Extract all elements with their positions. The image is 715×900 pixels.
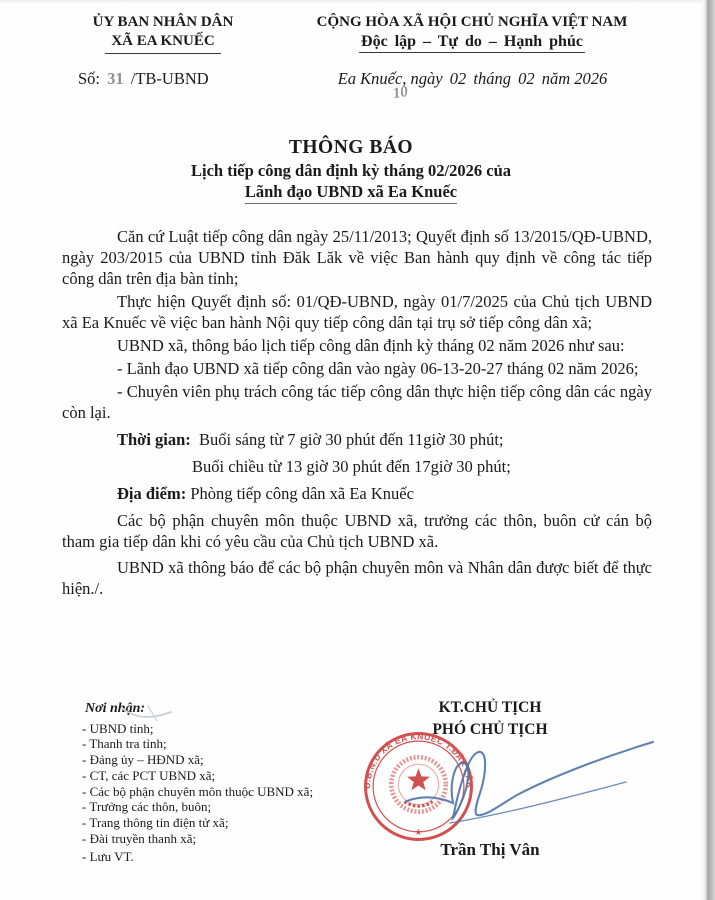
paragraph-leader-schedule: - Lãnh đạo UBND xã tiếp công dân vào ngà…: [62, 358, 652, 379]
paragraph-place: Địa điểm: Phòng tiếp công dân xã Ea Knuế…: [62, 483, 652, 504]
signer-title-kt: KT.CHỦ TỊCH: [378, 697, 602, 719]
recipient-item: - Các bộ phận chuyên môn thuộc UBND xã;: [82, 784, 313, 800]
recipient-item: - UBND tỉnh;: [82, 721, 313, 737]
handwritten-signature: [395, 725, 665, 835]
recipient-item: - CT, các PCT UBND xã;: [82, 768, 313, 784]
issuing-authority-line2: XÃ EA KNUẾC: [105, 32, 220, 54]
issuing-authority-line1: ỦY BAN NHÂN DÂN: [62, 13, 264, 32]
handwritten-day-correction: 10: [392, 84, 410, 103]
paragraph-announcement: UBND xã, thông báo lịch tiếp công dân đị…: [62, 335, 652, 356]
date-month: 02: [515, 69, 538, 88]
paragraph-closing: UBND xã thông báo để các bộ phận chuyên …: [62, 557, 652, 599]
paragraph-legal-basis-1: Căn cứ Luật tiếp công dân ngày 25/11/201…: [62, 226, 652, 289]
recipient-item: - Đài truyền thanh xã;: [82, 831, 313, 847]
recipient-item: - Thanh tra tỉnh;: [82, 736, 313, 752]
paragraph-time-afternoon: Buổi chiều từ 13 giờ 30 phút đến 17giờ 3…: [62, 456, 652, 477]
scan-right-edge: [702, 0, 715, 900]
paragraph-time-morning: Thời gian: Buổi sáng từ 7 giờ 30 phút đế…: [62, 429, 652, 450]
paragraph-specialist-schedule: - Chuyên viên phụ trách công tác tiếp cô…: [62, 381, 652, 423]
date-year: 2026: [574, 69, 607, 88]
pencil-mark: [120, 703, 175, 725]
signer-name: Trần Thị Vân: [390, 840, 590, 860]
document-page: ỦY BAN NHÂN DÂN XÃ EA KNUẾC CỘNG HÒA XÃ …: [0, 0, 715, 900]
place-value: Phòng tiếp công dân xã Ea Knuếc: [190, 484, 414, 503]
recipient-item: - Trang thông tin điện tử xã;: [82, 815, 313, 831]
recipient-item: - Lưu VT.: [82, 849, 313, 865]
document-subtitle-line1: Lịch tiếp công dân định kỳ tháng 02/2026…: [0, 160, 702, 181]
paragraph-legal-basis-2: Thực hiện Quyết định số: 01/QĐ-UBND, ngà…: [62, 291, 652, 333]
document-number: Số: 31 /TB-UBND: [78, 69, 209, 89]
national-header: CỘNG HÒA XÃ HỘI CHỦ NGHĨA VIỆT NAM Độc l…: [288, 13, 656, 53]
document-title: THÔNG BÁO: [0, 136, 702, 160]
date-mid1: tháng: [473, 69, 511, 88]
issuing-authority: ỦY BAN NHÂN DÂN XÃ EA KNUẾC: [62, 13, 264, 54]
national-motto-line1: CỘNG HÒA XÃ HỘI CHỦ NGHĨA VIỆT NAM: [288, 13, 656, 32]
date-line: Ea Knuếc, ngày 02 tháng 02 năm 2026 10: [305, 69, 640, 89]
recipient-item: - Đảng ủy – HĐND xã;: [82, 752, 313, 768]
document-title-block: THÔNG BÁO Lịch tiếp công dân định kỳ thá…: [0, 136, 702, 204]
document-number-prefix: Số:: [78, 69, 100, 88]
scan-top-edge: [0, 0, 715, 3]
time-label: Thời gian:: [117, 430, 191, 449]
national-motto-line2: Độc lập – Tự do – Hạnh phúc: [359, 33, 585, 53]
document-number-stamped: 31: [104, 69, 127, 88]
document-number-suffix: /TB-UBND: [131, 69, 209, 88]
recipient-item: - Trưởng các thôn, buôn;: [82, 799, 313, 815]
document-body: Căn cứ Luật tiếp công dân ngày 25/11/201…: [62, 226, 652, 601]
date-place: Ea Knuếc, ngày: [338, 69, 443, 88]
time-morning-value: Buổi sáng từ 7 giờ 30 phút đến 11giờ 30 …: [199, 430, 503, 449]
date-day: 02: [447, 69, 470, 88]
recipients-block: Nơi nhận: - UBND tỉnh; - Thanh tra tỉnh;…: [82, 701, 313, 865]
paragraph-departments: Các bộ phận chuyên môn thuộc UBND xã, tr…: [62, 510, 652, 552]
document-subtitle-line2: Lãnh đạo UBND xã Ea Knuếc: [245, 181, 457, 204]
date-mid2: năm: [542, 69, 570, 88]
place-label: Địa điểm:: [117, 484, 186, 503]
